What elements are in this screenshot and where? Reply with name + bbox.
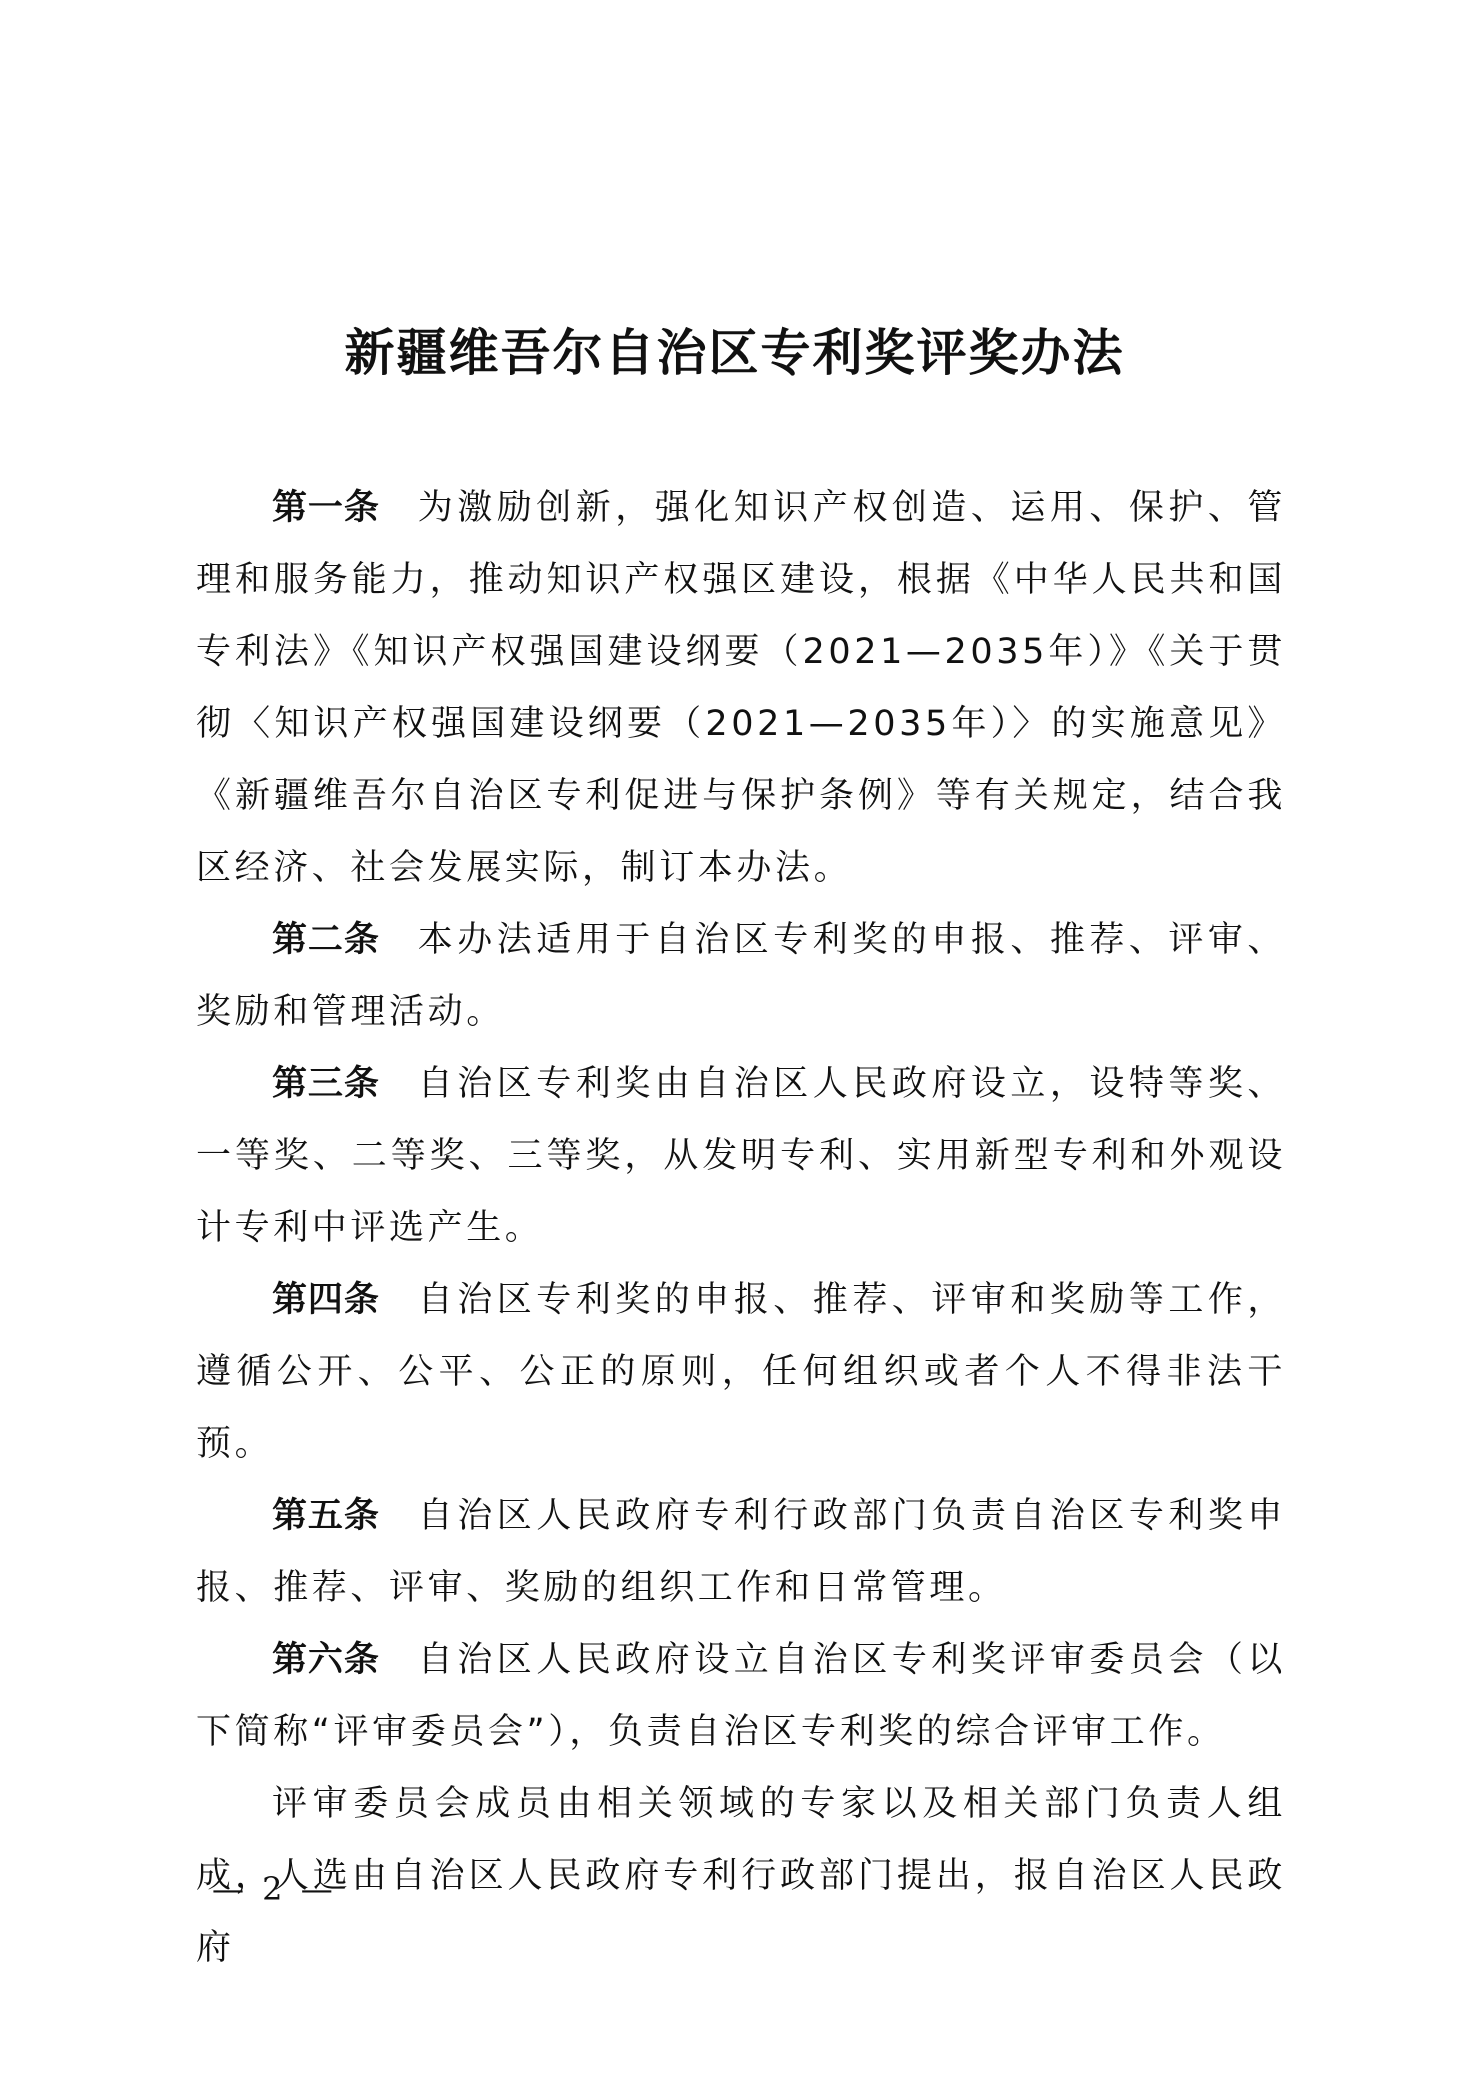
article-text: 为激励创新，强化知识产权创造、运用、保护、管理和服务能力，推动知识产权强区建设，… xyxy=(196,488,1286,888)
article-3: 第三条自治区专利奖由自治区人民政府设立，设特等奖、一等奖、二等奖、三等奖，从发明… xyxy=(196,1048,1286,1264)
article-2: 第二条本办法适用于自治区专利奖的申报、推荐、评审、奖励和管理活动。 xyxy=(196,904,1286,1048)
article-6-paragraph-2: 评审委员会成员由相关领域的专家以及相关部门负责人组成，人选由自治区人民政府专利行… xyxy=(196,1768,1286,1984)
article-5: 第五条自治区人民政府专利行政部门负责自治区专利奖申报、推荐、评审、奖励的组织工作… xyxy=(196,1480,1286,1624)
article-label: 第二条 xyxy=(272,920,380,960)
article-label: 第六条 xyxy=(272,1640,380,1680)
document-body: 第一条为激励创新，强化知识产权创造、运用、保护、管理和服务能力，推动知识产权强区… xyxy=(196,472,1286,1984)
article-label: 第五条 xyxy=(272,1496,380,1536)
article-label: 第四条 xyxy=(272,1280,380,1320)
article-1: 第一条为激励创新，强化知识产权创造、运用、保护、管理和服务能力，推动知识产权强区… xyxy=(196,472,1286,904)
document-title: 新疆维吾尔自治区专利奖评奖办法 xyxy=(0,318,1469,388)
page-number: — 2 — xyxy=(212,1870,337,1908)
article-4: 第四条自治区专利奖的申报、推荐、评审和奖励等工作，遵循公开、公平、公正的原则，任… xyxy=(196,1264,1286,1480)
document-page: 新疆维吾尔自治区专利奖评奖办法 第一条为激励创新，强化知识产权创造、运用、保护、… xyxy=(0,0,1469,2078)
article-6: 第六条自治区人民政府设立自治区专利奖评审委员会（以下简称“评审委员会”），负责自… xyxy=(196,1624,1286,1768)
article-label: 第三条 xyxy=(272,1064,380,1104)
article-label: 第一条 xyxy=(272,488,380,528)
paragraph-text: 评审委员会成员由相关领域的专家以及相关部门负责人组成，人选由自治区人民政府专利行… xyxy=(196,1784,1286,1968)
